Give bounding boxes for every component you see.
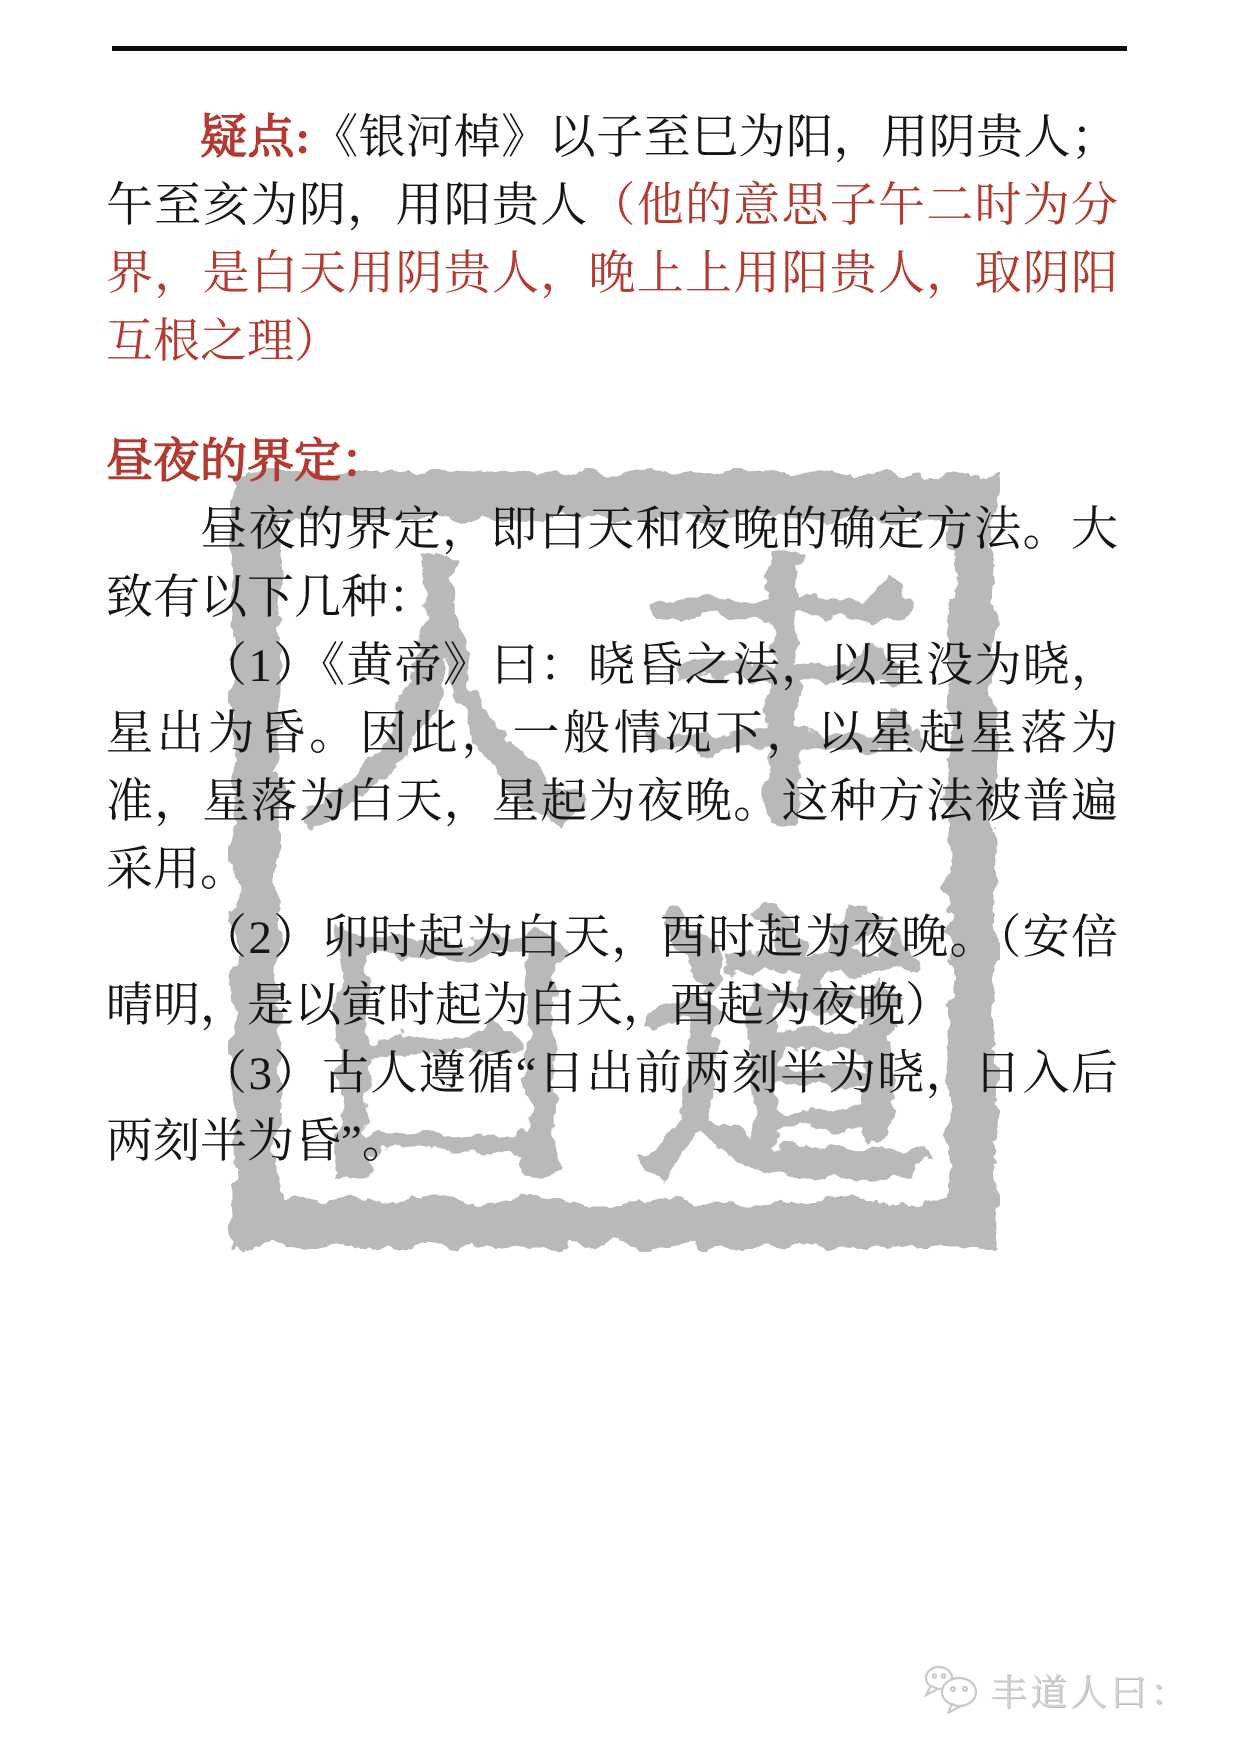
- wechat-icon: [922, 1664, 980, 1714]
- section-paragraph-2: （1）《黄帝》曰：晓昏之法，以星没为晓，星出为昏。因此，一般情况下，以星起星落为…: [106, 632, 1118, 904]
- top-divider: [112, 46, 1127, 51]
- section-paragraph-1: 昼夜的界定，即白天和夜晚的确定方法。大致有以下几种：: [106, 496, 1118, 632]
- paragraph-doubt: 疑点:《银河棹》以子至巳为阳，用阴贵人；午至亥为阴，用阳贵人（他的意思子午二时为…: [106, 104, 1118, 376]
- article-body: 疑点:《银河棹》以子至巳为阳，用阴贵人；午至亥为阴，用阳贵人（他的意思子午二时为…: [106, 104, 1118, 1176]
- footer-label: 丰道人曰：: [990, 1662, 1190, 1716]
- section-paragraph-4: （3）古人遵循“日出前两刻半为晓，日入后两刻半为昏”。: [106, 1040, 1118, 1176]
- footer-brand: 丰道人曰：: [922, 1662, 1190, 1716]
- document-page: 人 丰 曰 道 疑点:《银河棹》以子至巳为阳，用阴贵人；午至亥为阴，用阳贵人（他…: [0, 0, 1240, 1748]
- doubt-label: 疑点:: [200, 112, 311, 164]
- section-heading: 昼夜的界定：: [106, 428, 1118, 496]
- section-paragraph-3: （2）卯时起为白天，酉时起为夜晚。（安倍晴明，是以寅时起为白天，酉起为夜晚）: [106, 904, 1118, 1040]
